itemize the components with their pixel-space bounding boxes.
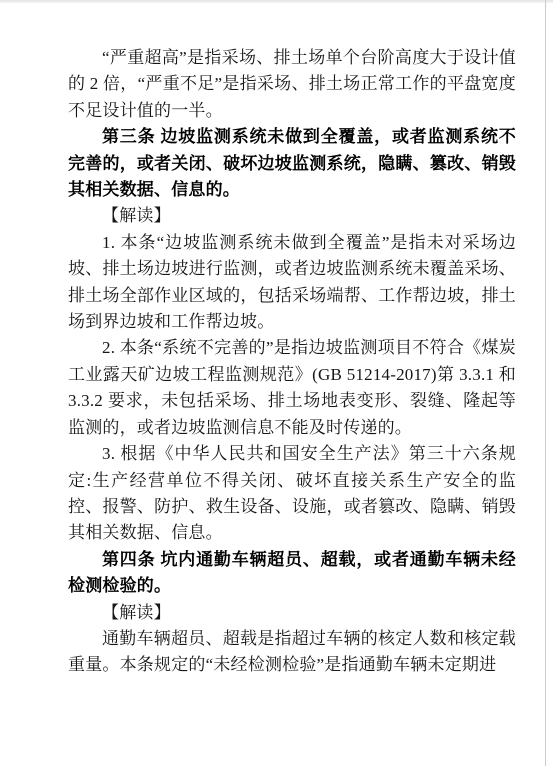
paragraph-commuter-vehicle-definition: 通勤车辆超员、超载是指超过车辆的核定人数和核定载重量。本条规定的“未经检测检验”… — [68, 626, 516, 679]
page-right-edge — [545, 0, 546, 766]
paragraph-definition-severe-overheight: “严重超高”是指采场、排土场单个台阶高度大于设计值的 2 倍，“严重不足”是指采… — [68, 45, 516, 124]
document-text-block: “严重超高”是指采场、排土场单个台阶高度大于设计值的 2 倍，“严重不足”是指采… — [68, 45, 516, 679]
annotation-label-jiedu-1: 【解读】 — [68, 203, 516, 229]
article-heading-3: 第三条 边坡监测系统未做到全覆盖，或者监测系统不完善的，或者关闭、破坏边坡监测系… — [68, 124, 516, 203]
document-page: “严重超高”是指采场、排土场单个台阶高度大于设计值的 2 倍，“严重不足”是指采… — [0, 0, 553, 766]
paragraph-interpretation-item-1: 1. 本条“边坡监测系统未做到全覆盖”是指未对采场边坡、排土场边坡进行监测，或者… — [68, 230, 516, 336]
page-top-edge — [0, 0, 553, 3]
article-heading-4: 第四条 坑内通勤车辆超员、超载，或者通勤车辆未经检测检验的。 — [68, 547, 516, 600]
annotation-label-jiedu-2: 【解读】 — [68, 600, 516, 626]
paragraph-interpretation-item-2: 2. 本条“系统不完善的”是指边坡监测项目不符合《煤炭工业露天矿边坡工程监测规范… — [68, 335, 516, 441]
paragraph-interpretation-item-3: 3. 根据《中华人民共和国安全生产法》第三十六条规定:生产经营单位不得关闭、破坏… — [68, 441, 516, 547]
